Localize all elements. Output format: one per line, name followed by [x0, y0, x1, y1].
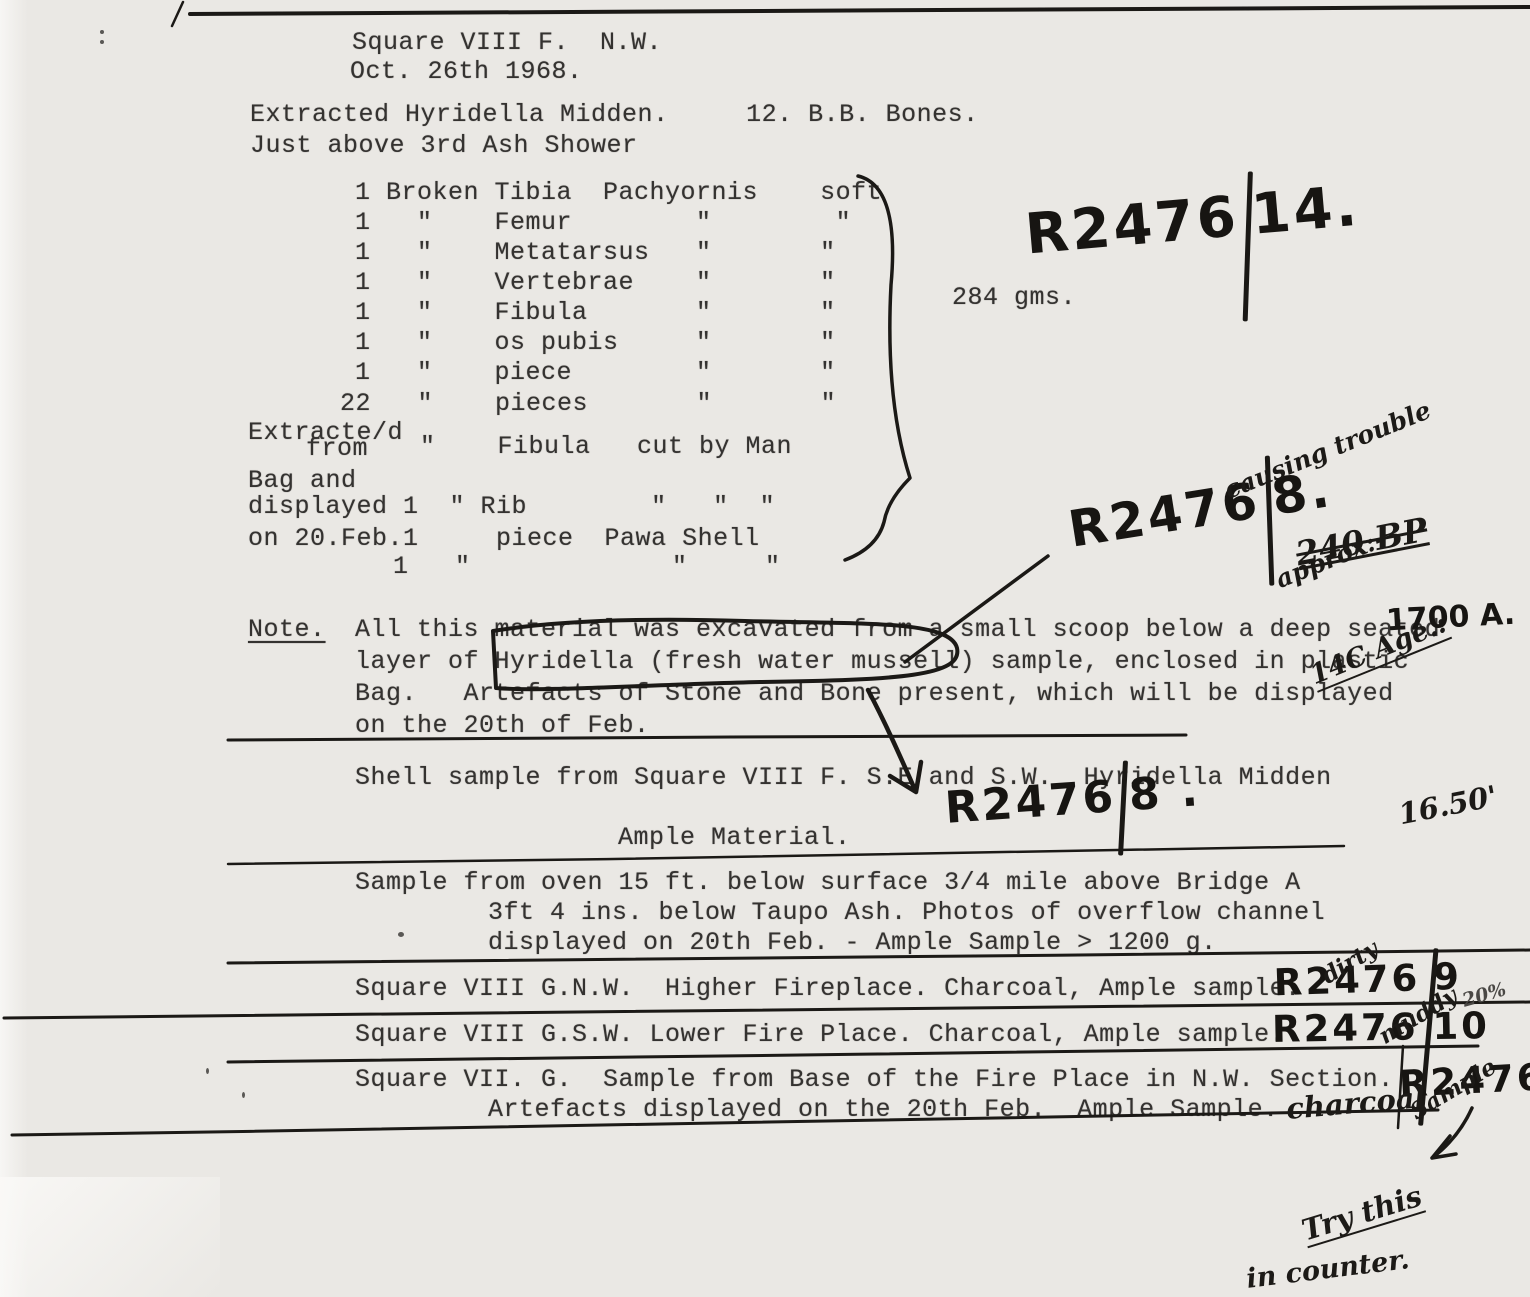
- bone-row: 1 " Femur " ": [355, 208, 851, 238]
- bone-row: 22 " pieces " ": [340, 389, 836, 419]
- top-border-line: [190, 7, 1530, 14]
- oven-sample-line: Sample from oven 15 ft. below surface 3/…: [355, 868, 1301, 898]
- intro-line-2: Just above 3rd Ash Shower: [250, 131, 638, 161]
- intro-line-1: Extracted Hyridella Midden. 12. B.B. Bon…: [250, 100, 979, 130]
- sample-number-prefix: R2476: [943, 771, 1117, 834]
- handwritten-sample-number-r2476-8-bottom: R2476 8 .: [943, 765, 1204, 868]
- bone-row-last: 1 " " ": [393, 552, 781, 582]
- oven-sample-line: 3ft 4 ins. below Taupo Ash. Photos of ov…: [488, 898, 1325, 928]
- slash-stroke: [1243, 171, 1253, 321]
- dirty-note-line: dirty: [1317, 913, 1421, 990]
- note-line: Bag. Artefacts of Stone and Bone present…: [355, 679, 1394, 709]
- sample-number-suffix: 14.: [1249, 174, 1362, 248]
- scan-speck: [242, 1092, 245, 1098]
- scanned-document-page: Square VIII F. N.W. Oct. 26th 1968. Extr…: [0, 0, 1530, 1297]
- bone-row: 1 Broken Tibia Pachyornis soft: [355, 178, 882, 208]
- handwritten-in-counter: in counter.: [1245, 1244, 1411, 1295]
- square-vii-line: Artefacts displayed on the 20th Feb. Amp…: [488, 1095, 1279, 1125]
- scan-speck: [100, 40, 104, 44]
- scan-speck: [206, 1068, 209, 1074]
- dirty-note-line: muddy: [1359, 982, 1463, 1059]
- scan-edge: [0, 0, 28, 1297]
- bone-row: 1 " Metatarsus " ": [355, 238, 836, 268]
- handwritten-1700a: 1700 A.: [1385, 597, 1516, 639]
- square-gsw-line: Square VIII G.S.W. Lower Fire Place. Cha…: [355, 1020, 1285, 1050]
- age-note-line: causing trouble: [1219, 393, 1436, 507]
- bone-row-fibula: " Fibula cut by Man: [420, 432, 792, 462]
- bone-row-paua: on 20.Feb.1 piece Pawa Shell: [248, 524, 760, 554]
- bone-row: 1 " piece " ": [355, 358, 836, 388]
- sample-number-suffix: 8 .: [1127, 765, 1202, 821]
- square-vii-line: Square VII. G. Sample from Base of the F…: [355, 1065, 1394, 1095]
- square-gnw-line: Square VIII G.N.W. Higher Fireplace. Cha…: [355, 974, 1301, 1004]
- sample-number-prefix: R2476: [1023, 184, 1242, 267]
- handwritten-sample-number-r2476-14: R2476 14.: [1023, 174, 1369, 341]
- margin-note-line: from: [306, 434, 368, 464]
- bone-row: 1 " Fibula " ": [355, 298, 836, 328]
- note-label: Note.: [248, 615, 326, 645]
- header-date: Oct. 26th 1968.: [350, 57, 583, 87]
- scan-speck: [398, 932, 404, 937]
- handwritten-try-this: Try this: [1298, 1179, 1426, 1248]
- note-line: layer of Hyridella (fresh water mussell)…: [355, 647, 1409, 677]
- top-left-slash-mark: [172, 2, 183, 26]
- handwritten-1650ft: 16.50': [1396, 779, 1500, 831]
- note-line: on the 20th of Feb.: [355, 711, 650, 741]
- header-location: Square VIII F. N.W.: [352, 28, 662, 58]
- bone-row-rib: displayed 1 " Rib " " ": [248, 492, 775, 522]
- bone-row: 1 " Vertebrae " ": [355, 268, 836, 298]
- slash-stroke: [1118, 760, 1128, 855]
- shell-sample-ample: Ample Material.: [618, 823, 851, 853]
- oven-sample-line: displayed on 20th Feb. - Ample Sample > …: [488, 928, 1217, 958]
- scan-edge-corner: [0, 1177, 220, 1297]
- bone-row: 1 " os pubis " ": [355, 328, 836, 358]
- scan-speck: [100, 30, 104, 34]
- brace-annotation: [845, 176, 910, 560]
